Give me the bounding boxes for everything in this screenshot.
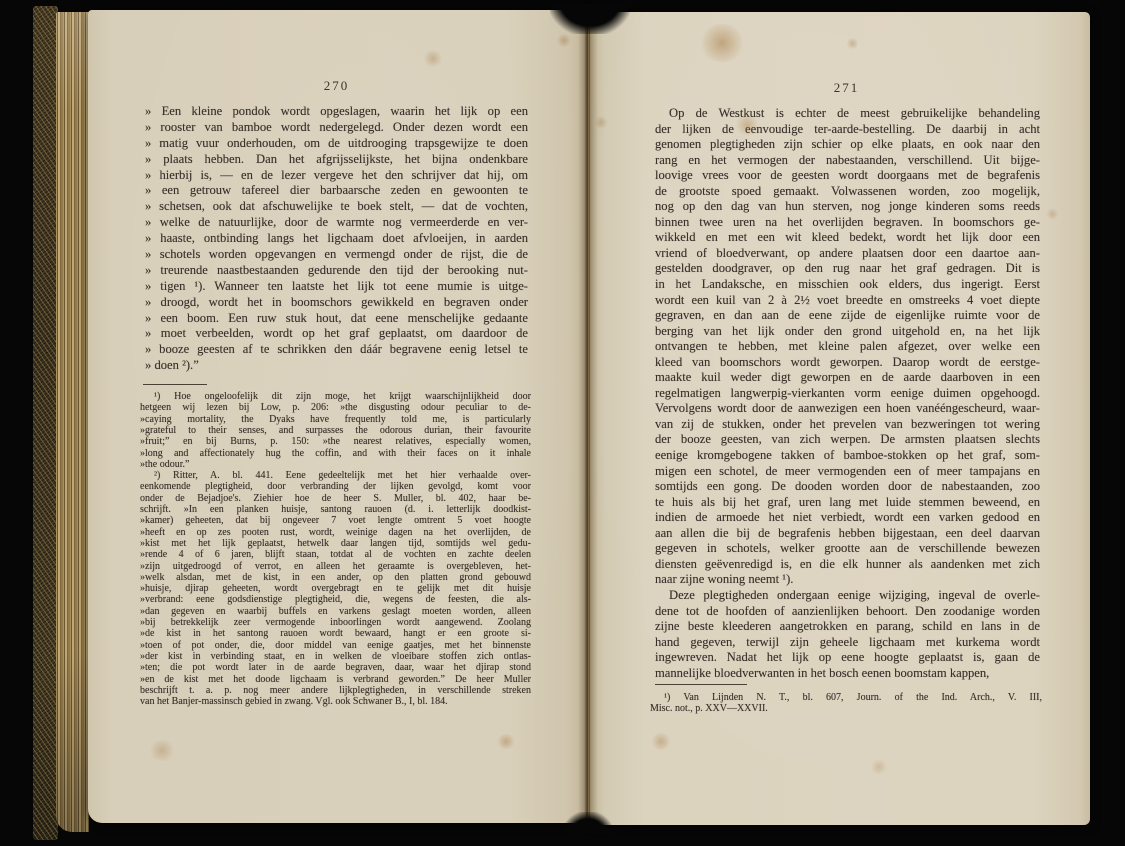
text-line: gegeven in schotels, welker grootte aan … [655,541,1040,557]
text-line: nog op den dag van hun sterven, nog jong… [655,199,1040,215]
text-line: »dan gegeven en waarbij buffels en varke… [140,606,531,617]
text-line: »zijn uitgedroogd of verrot, en alleen h… [140,561,531,572]
text-line: » een boom. Een ruw stuk hout, dat eene … [145,311,528,327]
text-line: »de kist in het santong rauoen wordt bew… [140,628,531,639]
text-line: ¹) Van Lijnden N. T., bl. 607, Journ. of… [650,692,1042,703]
text-line: eenkomende plegtigheid, door verbranding… [140,481,531,492]
text-line: regelmatigen langwerpig-vierkanten vorm … [655,386,1040,402]
text-line: genomen plegtigheden zijn schier op elke… [655,137,1040,153]
text-line: »caying mortality, the Dyaks have freque… [140,414,531,425]
text-line: hetgeen wij lezen bij Low, p. 206: »the … [140,402,531,413]
text-line: diensten geëvenredigd is, en die elk hun… [655,557,1040,573]
text-line: der lijken de eenvoudige ter-aarde-beste… [655,122,1040,138]
text-line: Op de Westkust is echter de meest gebrui… [655,106,1040,122]
text-line: onder de Bejadjoe's. Ziehier hoe de heer… [140,493,531,504]
book-gutter [578,8,598,830]
text-line: » treurende naastbestaanden gedurende de… [145,263,528,279]
text-line: »long and affectionately hug the coffin,… [140,448,531,459]
foxing-spot [735,114,759,136]
page-stack-edge [56,12,89,832]
text-line: » plaats hebben. Dan het afgrijsselijkst… [145,152,528,168]
text-line: ¹) Hoe ongeloofelijk dit zijn moge, het … [140,391,531,402]
foxing-spot [650,733,672,750]
text-line: vriend of bloedverwant, op andere plaats… [655,246,1040,262]
right-body-paragraph-2: Deze plegtigheden ondergaan eenige wijzi… [655,588,1040,681]
text-line: beschrijft t. a. p. nog meer andere lijk… [140,685,531,696]
footnote-separator-right [655,684,747,685]
text-line: »grateful to their senses, and surpasses… [140,425,531,436]
text-line: »bij betrekkelijk zeer vermogende inboor… [140,617,531,628]
left-footnote-1: ¹) Hoe ongeloofelijk dit zijn moge, het … [140,391,531,470]
text-line: » haaste, ontbinding langs het ligchaam … [145,231,528,247]
text-line: van zij de stukken, onder het prevelen v… [655,417,1040,433]
text-line: » droogd, wordt het in boomschors gewikk… [145,295,528,311]
text-line: gegraven, en dan aan de eene zijde de ei… [655,308,1040,324]
text-line: »the odour.” [140,459,531,470]
text-line: van het Banjer-massinsch gebied in zwang… [140,696,531,707]
text-line: » hierbij is, — en de lezer vergeve het … [145,168,528,184]
left-footnote-2: ²) Ritter, A. bl. 441. Eene gedeeltelijk… [140,470,531,708]
text-line: » doen ²).” [145,358,528,374]
text-line: Deze plegtigheden ondergaan eenige wijzi… [655,588,1040,604]
footnote-separator-left [143,384,207,385]
text-line: ingewreven. Nadat het lijk op eene hoogt… [655,650,1040,666]
text-line: » tigen ¹). Wanneer ten laatste het lijk… [145,279,528,295]
text-line: gestelden doodgraver, op den rug naar he… [655,261,1040,277]
book-cover-cloth-edge [33,6,58,840]
text-line: »huisje, djirap geheeten, wordt overgebr… [140,583,531,594]
text-line: de grootste spoed gemaakt. Volwassenen w… [655,184,1040,200]
text-line: dene tot de hoofden of aanzienlijken beh… [655,604,1040,620]
text-line: wikkeld en met een wit kleed bedekt, wor… [655,230,1040,246]
text-line: Vervolgens wordt door de aanwezigen een … [655,401,1040,417]
text-line: binnen twee uren na het overlijden begra… [655,215,1040,231]
text-line: maakte kuil weder digt geworpen en de aa… [655,370,1040,386]
page-left: 270 » Een kleine pondok wordt opgeslagen… [88,10,588,823]
text-line: Misc. not., p. XXV—XXVII. [650,703,1042,714]
text-line: rang en het vermogen der nabestaanden, v… [655,153,1040,169]
text-line: »rende 4 of 6 jaren, blijft staan, totda… [140,549,531,560]
text-line: der booze geesten, van zich werpen. De a… [655,432,1040,448]
text-line: ²) Ritter, A. bl. 441. Eene gedeeltelijk… [140,470,531,481]
foxing-spot [423,50,443,67]
foxing-spot [556,34,572,47]
text-line: berging van het lijk onder den grond uit… [655,324,1040,340]
scanned-book-photo: 270 » Een kleine pondok wordt opgeslagen… [0,0,1125,846]
text-line: » schetsen, ook dat afschuwelijke te boe… [145,199,528,215]
page-number-left: 270 [145,78,528,94]
text-line: » schotels worden opgevangen en vermengd… [145,247,528,263]
text-line: »toen of pot onder, die, door middel van… [140,640,531,651]
text-line: schrijft. »In een planken huisje, santon… [140,504,531,515]
text-line: hand gegeven, terwijl zijn geheele ligch… [655,635,1040,651]
text-line: »verbrand: eene godsdienstige plegtighei… [140,594,531,605]
text-line: »der kist in verbinding staat, en in wel… [140,651,531,662]
text-line: » welke de natuurlijke, door de warmte n… [145,215,528,231]
foxing-spot [594,116,608,129]
foxing-spot [698,24,746,62]
text-line: » matig vuur onderhouden, om de uitdroog… [145,136,528,152]
left-body-text: » Een kleine pondok wordt opgeslagen, wa… [145,104,528,374]
foxing-spot [870,760,888,774]
text-line: zijne beste kleederen aangetrokken en pa… [655,619,1040,635]
right-body-paragraph-1: Op de Westkust is echter de meest gebrui… [655,106,1040,588]
text-line: » booze geesten af te schrikken den dáár… [145,342,528,358]
text-line: » rooster van bamboe wordt nedergelegd. … [145,120,528,136]
text-line: » een getrouw tafereel dier barbaarsche … [145,183,528,199]
text-line: eenige kromgebogene takken of bamboe-sto… [655,448,1040,464]
foxing-spot [148,740,176,761]
text-line: wordt een kuil van 2 à 2½ voet breedte e… [655,293,1040,309]
text-line: »fruit;” en bij Burns, p. 150: »the near… [140,436,531,447]
gutter-notch-top [550,4,630,34]
text-line: »en de kist met het doode ligchaam is ve… [140,674,531,685]
text-line: indien de armoede het niet verbiedt, wor… [655,510,1040,526]
text-line: »kist met het lijk geplaatst, hetwelk da… [140,538,531,549]
foxing-spot [496,734,516,749]
text-line: » Een kleine pondok wordt opgeslagen, wa… [145,104,528,120]
text-line: naar zijne woning neemt ¹). [655,572,1040,588]
right-footnote-1: ¹) Van Lijnden N. T., bl. 607, Journ. of… [650,692,1042,715]
text-line: »heeft en op zes pooten rust, wordt, wei… [140,527,531,538]
text-line: mannelijke bloedverwanten in het bosch e… [655,666,1040,682]
page-number-right: 271 [655,80,1038,96]
foxing-spot [846,38,859,49]
text-line: »welk alsdan, met de kist, in een ander,… [140,572,531,583]
text-line: »ten; die pot wordt later in de aarde be… [140,662,531,673]
text-line: in het Landaksche, en misschien ook elde… [655,277,1040,293]
text-line: » moet verbeelden, wordt op het graf gep… [145,326,528,342]
foxing-spot [1046,208,1059,220]
text-line: te huis als bij het graf, uren lang met … [655,495,1040,511]
text-line: »kamer) geheeten, dat bij ongeveer 7 voe… [140,515,531,526]
text-line: ontvangen te hebben, met kleine palen af… [655,339,1040,355]
text-line: loovige vrees voor de geesten wordt door… [655,168,1040,184]
gutter-notch-bottom [562,812,614,834]
page-right: 271 Op de Westkust is echter de meest ge… [590,12,1090,825]
text-line: aan allen die bij de begrafenis hebben b… [655,526,1040,542]
text-line: migen een schotel, de meer vermogenden e… [655,464,1040,480]
text-line: kleed van boomschors wordt geworpen. Daa… [655,355,1040,371]
text-line: somtijds een gong. De dooden worden door… [655,479,1040,495]
